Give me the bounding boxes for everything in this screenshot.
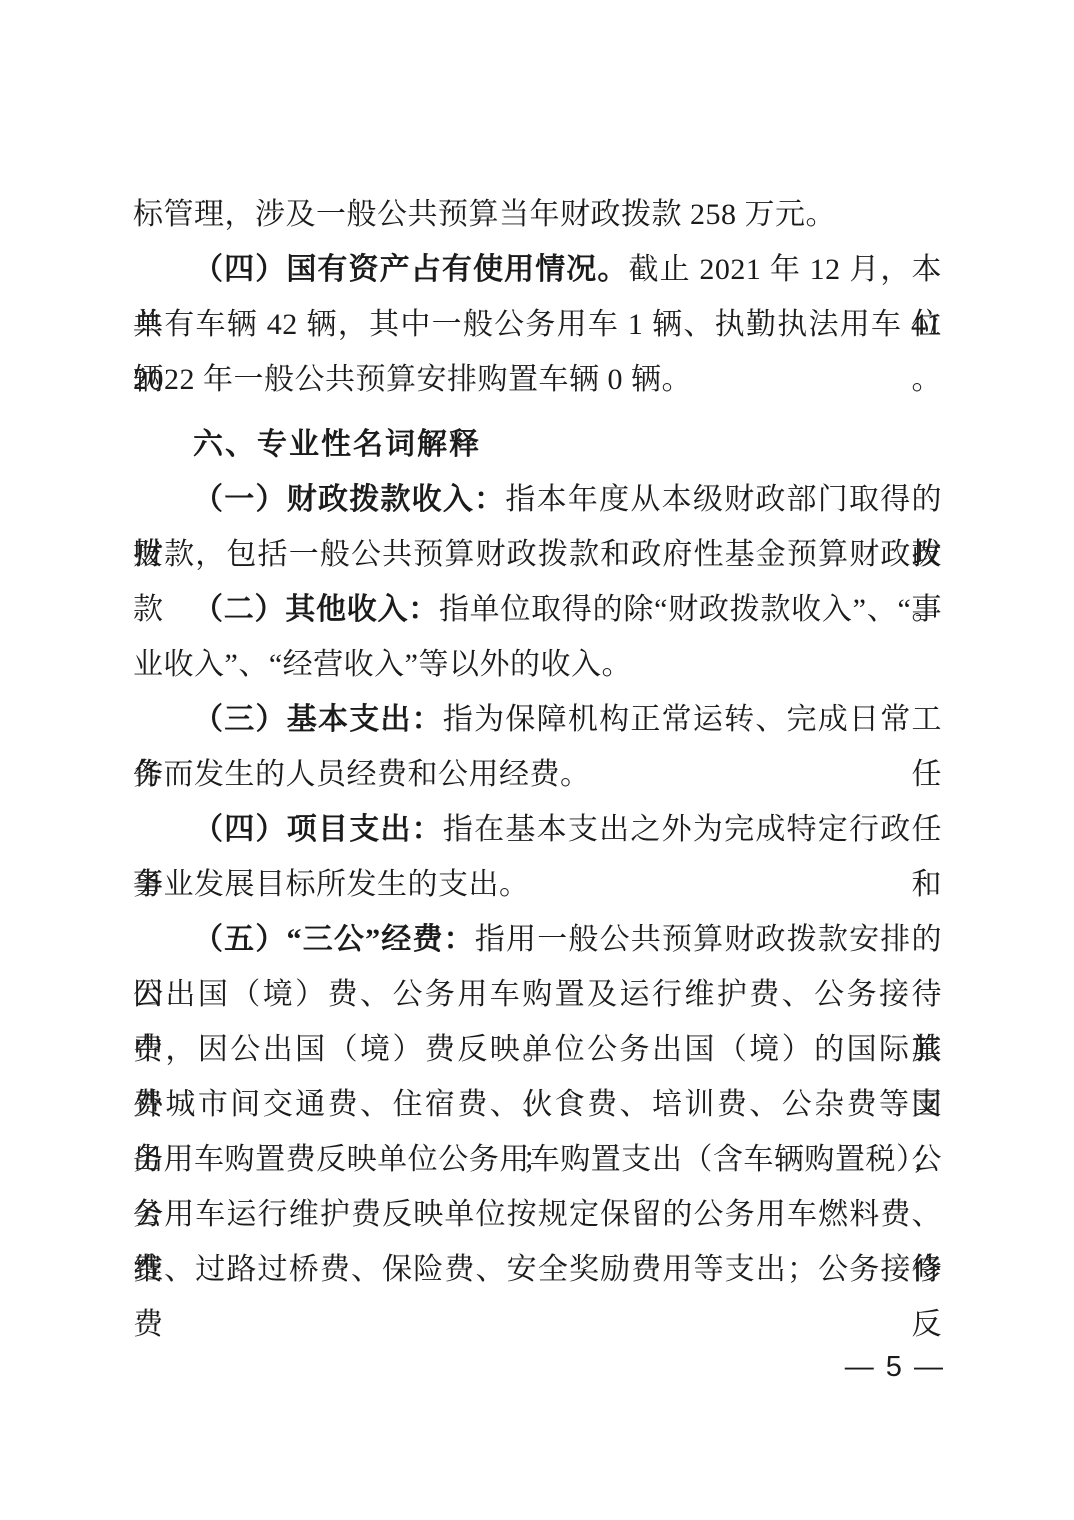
text-line: 务用车运行维护费反映单位按规定保留的公务用车燃料费、维修	[133, 1187, 942, 1242]
text-run-bold: （五）“三公”经费：	[193, 923, 475, 956]
text-line: （四）国有资产占有使用情况。截止 2021 年 12 月，本单位	[133, 242, 942, 297]
text-run-bold: （四）国有资产占有使用情况。	[193, 253, 629, 286]
page-number: — 5 —	[845, 1352, 945, 1382]
section-heading: 六、专业性名词解释	[133, 417, 942, 472]
text-line: 外城市间交通费、住宿费、伙食费、培训费、公杂费等支出；公	[133, 1077, 942, 1132]
text-line: 共有车辆 42 辆，其中一般公务用车 1 辆、执勤执法用车 41 辆。	[133, 297, 942, 352]
text-run: 2022 年一般公共预算安排购置车辆 0 辆。	[133, 363, 692, 396]
text-line: 中，因公出国（境）费反映单位公务出国（境）的国际旅费、国	[133, 1022, 942, 1077]
text-run: 务而发生的人员经费和公用经费。	[133, 758, 591, 791]
text-run-bold: （三）基本支出：	[193, 703, 443, 736]
text-run: 指单位取得的除“财政拨款收入”、“事	[439, 593, 942, 626]
text-line: （二）其他收入：指单位取得的除“财政拨款收入”、“事	[133, 582, 942, 637]
text-run-bold: （一）财政拨款收入：	[193, 483, 505, 516]
document-page: 标管理，涉及一般公共预算当年财政拨款 258 万元。 （四）国有资产占有使用情况…	[0, 0, 1074, 1520]
text-line: （四）项目支出：指在基本支出之外为完成特定行政任务和	[133, 802, 942, 857]
text-run: 业收入”、“经营收入”等以外的收入。	[133, 648, 632, 681]
text-line: 业收入”、“经营收入”等以外的收入。	[133, 637, 942, 692]
text-line: 拨款，包括一般公共预算财政拨款和政府性基金预算财政拨款。	[133, 527, 942, 582]
text-line: 务用车购置费反映单位公务用车购置支出（含车辆购置税）；公	[133, 1132, 942, 1187]
text-line: 公出国（境）费、公务用车购置及运行维护费、公务接待费。其	[133, 967, 942, 1022]
text-line: 费、过路过桥费、保险费、安全奖励费用等支出；公务接待费反	[133, 1242, 942, 1297]
text-run: 标管理，涉及一般公共预算当年财政拨款 258 万元。	[133, 198, 836, 231]
text-run: 费、过路过桥费、保险费、安全奖励费用等支出；公务接待费反	[133, 1253, 942, 1341]
text-run-bold: （二）其他收入：	[193, 593, 439, 626]
text-line: （三）基本支出：指为保障机构正常运转、完成日常工作任	[133, 692, 942, 747]
document-body: 标管理，涉及一般公共预算当年财政拨款 258 万元。 （四）国有资产占有使用情况…	[133, 187, 942, 1297]
text-line: （一）财政拨款收入：指本年度从本级财政部门取得的财政	[133, 472, 942, 527]
text-line: （五）“三公”经费：指用一般公共预算财政拨款安排的因	[133, 912, 942, 967]
text-run: 事业发展目标所发生的支出。	[133, 868, 530, 901]
text-run-bold: （四）项目支出：	[193, 813, 443, 846]
text-line: 标管理，涉及一般公共预算当年财政拨款 258 万元。	[133, 187, 942, 242]
